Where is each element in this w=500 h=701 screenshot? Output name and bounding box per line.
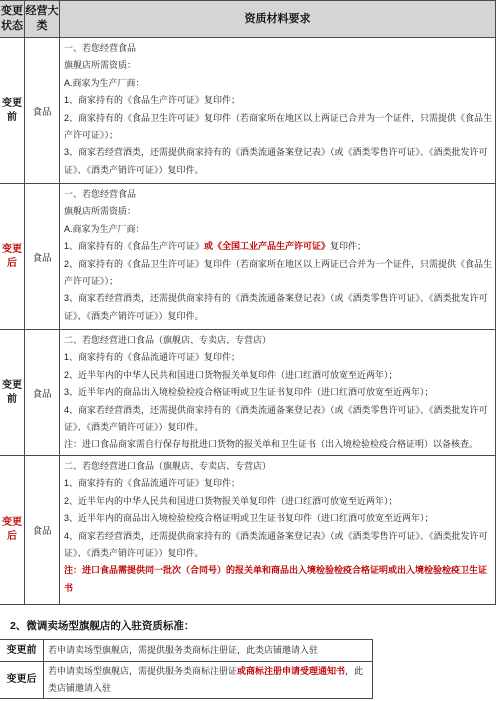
requirement-line: 1、商家持有的《食品流通许可证》复印件； [64,349,493,366]
change-status-cell: 变更前 [0,640,44,662]
requirement-text: 3、近半年内的商品出入境检验检疫合格证明或卫生证书复印件（进口红酒可放宽至近两年… [64,387,434,397]
entry-standard-line: 若申请卖场型旗舰店，需提供服务类商标注册证，此类店铺邀请入驻 [48,642,368,659]
requirement-line: 二、若您经营进口食品（旗舰店、专卖店、专营店） [64,458,493,475]
change-status-cell: 变更后 [0,184,25,330]
requirement-line: 2、商家持有的《食品卫生许可证》复印件（若商家所在地区以上两证已合并为一个证件，… [64,256,493,291]
requirement-text: 1、商家持有的《食品生产许可证》 [64,241,204,251]
qualification-requirements-table: 变更状态 经营大类 资质材料要求 变更前食品一、若您经营食品 旗舰店所需资质：A… [0,0,496,605]
table-header-row: 变更状态 经营大类 资质材料要求 [0,1,496,38]
change-status-cell: 变更后 [0,662,44,699]
requirement-text: 4、商家若经营酒类，还需提供商家持有的《酒类流通备案登记表》（或《酒类零售许可证… [64,405,488,432]
requirements-text-block: 一、若您经营食品 旗舰店所需资质：A.商家为生产厂商：1、商家持有的《食品生产许… [60,184,495,329]
requirement-text: 一、若您经营食品 [64,189,136,199]
requirements-text-block: 二、若您经营进口食品（旗舰店、专卖店、专营店）1、商家持有的《食品流通许可证》复… [60,330,495,455]
flagship-store-entry-table: 变更前若申请卖场型旗舰店，需提供服务类商标注册证，此类店铺邀请入驻变更后若申请卖… [0,639,373,699]
requirement-text: 2、商家持有的《食品卫生许可证》复印件（若商家所在地区以上两证已合并为一个证件，… [64,113,492,140]
business-category-cell: 食品 [25,456,60,605]
requirement-text: 4、商家若经营酒类，还需提供商家持有的《酒类流通备案登记表》（或《酒类零售许可证… [64,531,488,558]
col-header-qualification-materials: 资质材料要求 [60,1,496,38]
change-status-cell: 变更后 [0,456,25,605]
requirement-line: A.商家为生产厂商： [64,221,493,238]
entry-standard-row: 变更后若申请卖场型旗舰店，需提供服务类商标注册证或商标注册申请受理通知书，此类店… [0,662,373,699]
requirements-cell: 一、若您经营食品 旗舰店所需资质：A.商家为生产厂商：1、商家持有的《食品生产许… [60,184,496,330]
requirement-text: 2、商家持有的《食品卫生许可证》复印件（若商家所在地区以上两证已合并为一个证件，… [64,259,492,286]
requirement-text: 旗舰店所需资质： [64,206,136,216]
requirements-text-block: 一、若您经营食品 旗舰店所需资质：A.商家为生产厂商：1、商家持有的《食品生产许… [60,38,495,183]
requirement-text: 2、近半年内的中华人民共和国进口货物报关单复印件（进口红酒可放宽至近两年）； [64,496,398,506]
entry-standard-text-block: 若申请卖场型旗舰店，需提供服务类商标注册证，此类店铺邀请入驻 [44,641,372,660]
qualification-row: 变更后食品二、若您经营进口食品（旗舰店、专卖店、专营店）1、商家持有的《食品流通… [0,456,496,605]
requirement-text: 二、若您经营进口食品（旗舰店、专卖店、专营店） [64,461,271,471]
document-page: 变更状态 经营大类 资质材料要求 变更前食品一、若您经营食品 旗舰店所需资质：A… [0,0,500,701]
amended-text: 或商标注册申请受理通知书 [237,666,345,676]
requirement-line: 旗舰店所需资质： [64,203,493,220]
requirement-text: 3、商家若经营酒类，还需提供商家持有的《酒类流通备案登记表》（或《酒类零售许可证… [64,147,488,174]
col-header-business-category: 经营大类 [25,1,60,38]
requirement-line: 4、商家若经营酒类，还需提供商家持有的《酒类流通备案登记表》（或《酒类零售许可证… [64,528,493,563]
entry-standard-text-block: 若申请卖场型旗舰店，需提供服务类商标注册证或商标注册申请受理通知书，此类店铺邀请… [44,662,372,698]
requirement-text: 一、若您经营食品 [64,43,136,53]
section2-heading: 2、微调卖场型旗舰店的入驻资质标准： [10,618,500,633]
requirement-line: 1、商家持有的《食品生产许可证》复印件； [64,92,493,109]
qualification-row: 变更前食品二、若您经营进口食品（旗舰店、专卖店、专营店）1、商家持有的《食品流通… [0,330,496,456]
change-status-cell: 变更前 [0,38,25,184]
requirement-line: 一、若您经营食品 [64,40,493,57]
requirement-text: 若申请卖场型旗舰店，需提供服务类商标注册证 [48,666,237,676]
amended-text: 注：进口食品需提供同一批次（合同号）的报关单和商品出入境检验检疫合格证明或出入境… [64,565,487,592]
requirement-text: 1、商家持有的《食品流通许可证》复印件； [64,478,240,488]
requirement-text: 1、商家持有的《食品流通许可证》复印件； [64,352,240,362]
requirements-text-block: 二、若您经营进口食品（旗舰店、专卖店、专营店）1、商家持有的《食品流通许可证》复… [60,456,495,604]
small-table-body: 变更前若申请卖场型旗舰店，需提供服务类商标注册证，此类店铺邀请入驻变更后若申请卖… [0,640,373,699]
requirement-line: 2、近半年内的中华人民共和国进口货物报关单复印件（进口红酒可放宽至近两年）； [64,493,493,510]
requirement-line: 注：进口食品商家需自行保存每批进口货物的报关单和卫生证书（出入境检验检疫合格证明… [64,436,493,453]
requirement-text: 注：进口食品商家需自行保存每批进口货物的报关单和卫生证书（出入境检验检疫合格证明… [64,439,478,449]
col-header-change-status: 变更状态 [0,1,25,38]
requirements-cell: 二、若您经营进口食品（旗舰店、专卖店、专营店）1、商家持有的《食品流通许可证》复… [60,456,496,605]
business-category-cell: 食品 [25,38,60,184]
requirement-line: 4、商家若经营酒类，还需提供商家持有的《酒类流通备案登记表》（或《酒类零售许可证… [64,402,493,437]
requirement-text: 复印件； [330,241,366,251]
requirement-line: 二、若您经营进口食品（旗舰店、专卖店、专营店） [64,332,493,349]
entry-standard-row: 变更前若申请卖场型旗舰店，需提供服务类商标注册证，此类店铺邀请入驻 [0,640,373,662]
requirement-line: 2、商家持有的《食品卫生许可证》复印件（若商家所在地区以上两证已合并为一个证件，… [64,110,493,145]
requirements-cell: 一、若您经营食品 旗舰店所需资质：A.商家为生产厂商：1、商家持有的《食品生产许… [60,38,496,184]
requirement-text: 旗舰店所需资质： [64,60,136,70]
business-category-cell: 食品 [25,184,60,330]
qualification-row: 变更后食品一、若您经营食品 旗舰店所需资质：A.商家为生产厂商：1、商家持有的《… [0,184,496,330]
requirement-line: 3、商家若经营酒类，还需提供商家持有的《酒类流通备案登记表》（或《酒类零售许可证… [64,144,493,179]
requirement-line: 一、若您经营食品 [64,186,493,203]
requirement-text: 1、商家持有的《食品生产许可证》复印件； [64,95,240,105]
requirement-text: 3、近半年内的商品出入境检验检疫合格证明或卫生证书复印件（进口红酒可放宽至近两年… [64,513,434,523]
requirement-text: A.商家为生产厂商： [64,224,145,234]
business-category-cell: 食品 [25,330,60,456]
requirement-line: 3、近半年内的商品出入境检验检疫合格证明或卫生证书复印件（进口红酒可放宽至近两年… [64,384,493,401]
change-status-cell: 变更前 [0,330,25,456]
main-table-body: 变更前食品一、若您经营食品 旗舰店所需资质：A.商家为生产厂商：1、商家持有的《… [0,38,496,605]
requirement-text: 若申请卖场型旗舰店，需提供服务类商标注册证，此类店铺邀请入驻 [48,645,318,655]
requirements-cell: 二、若您经营进口食品（旗舰店、专卖店、专营店）1、商家持有的《食品流通许可证》复… [60,330,496,456]
requirement-text: 3、商家若经营酒类，还需提供商家持有的《酒类流通备案登记表》（或《酒类零售许可证… [64,293,488,320]
requirement-text: 2、近半年内的中华人民共和国进口货物报关单复印件（进口红酒可放宽至近两年）； [64,370,398,380]
requirement-text: A.商家为生产厂商： [64,78,145,88]
requirement-line: 2、近半年内的中华人民共和国进口货物报关单复印件（进口红酒可放宽至近两年）； [64,367,493,384]
requirement-line: 1、商家持有的《食品生产许可证》或《全国工业产品生产许可证》复印件； [64,238,493,255]
requirement-line: 旗舰店所需资质： [64,57,493,74]
entry-standard-cell: 若申请卖场型旗舰店，需提供服务类商标注册证，此类店铺邀请入驻 [44,640,373,662]
requirement-line: 注：进口食品需提供同一批次（合同号）的报关单和商品出入境检验检疫合格证明或出入境… [64,562,493,597]
qualification-row: 变更前食品一、若您经营食品 旗舰店所需资质：A.商家为生产厂商：1、商家持有的《… [0,38,496,184]
requirement-text: 二、若您经营进口食品（旗舰店、专卖店、专营店） [64,335,271,345]
requirement-line: 3、商家若经营酒类，还需提供商家持有的《酒类流通备案登记表》（或《酒类零售许可证… [64,290,493,325]
requirement-line: A.商家为生产厂商： [64,75,493,92]
requirement-line: 3、近半年内的商品出入境检验检疫合格证明或卫生证书复印件（进口红酒可放宽至近两年… [64,510,493,527]
entry-standard-cell: 若申请卖场型旗舰店，需提供服务类商标注册证或商标注册申请受理通知书，此类店铺邀请… [44,662,373,699]
amended-text: 或《全国工业产品生产许可证》 [204,241,330,251]
requirement-line: 1、商家持有的《食品流通许可证》复印件； [64,475,493,492]
entry-standard-line: 若申请卖场型旗舰店，需提供服务类商标注册证或商标注册申请受理通知书，此类店铺邀请… [48,663,368,697]
